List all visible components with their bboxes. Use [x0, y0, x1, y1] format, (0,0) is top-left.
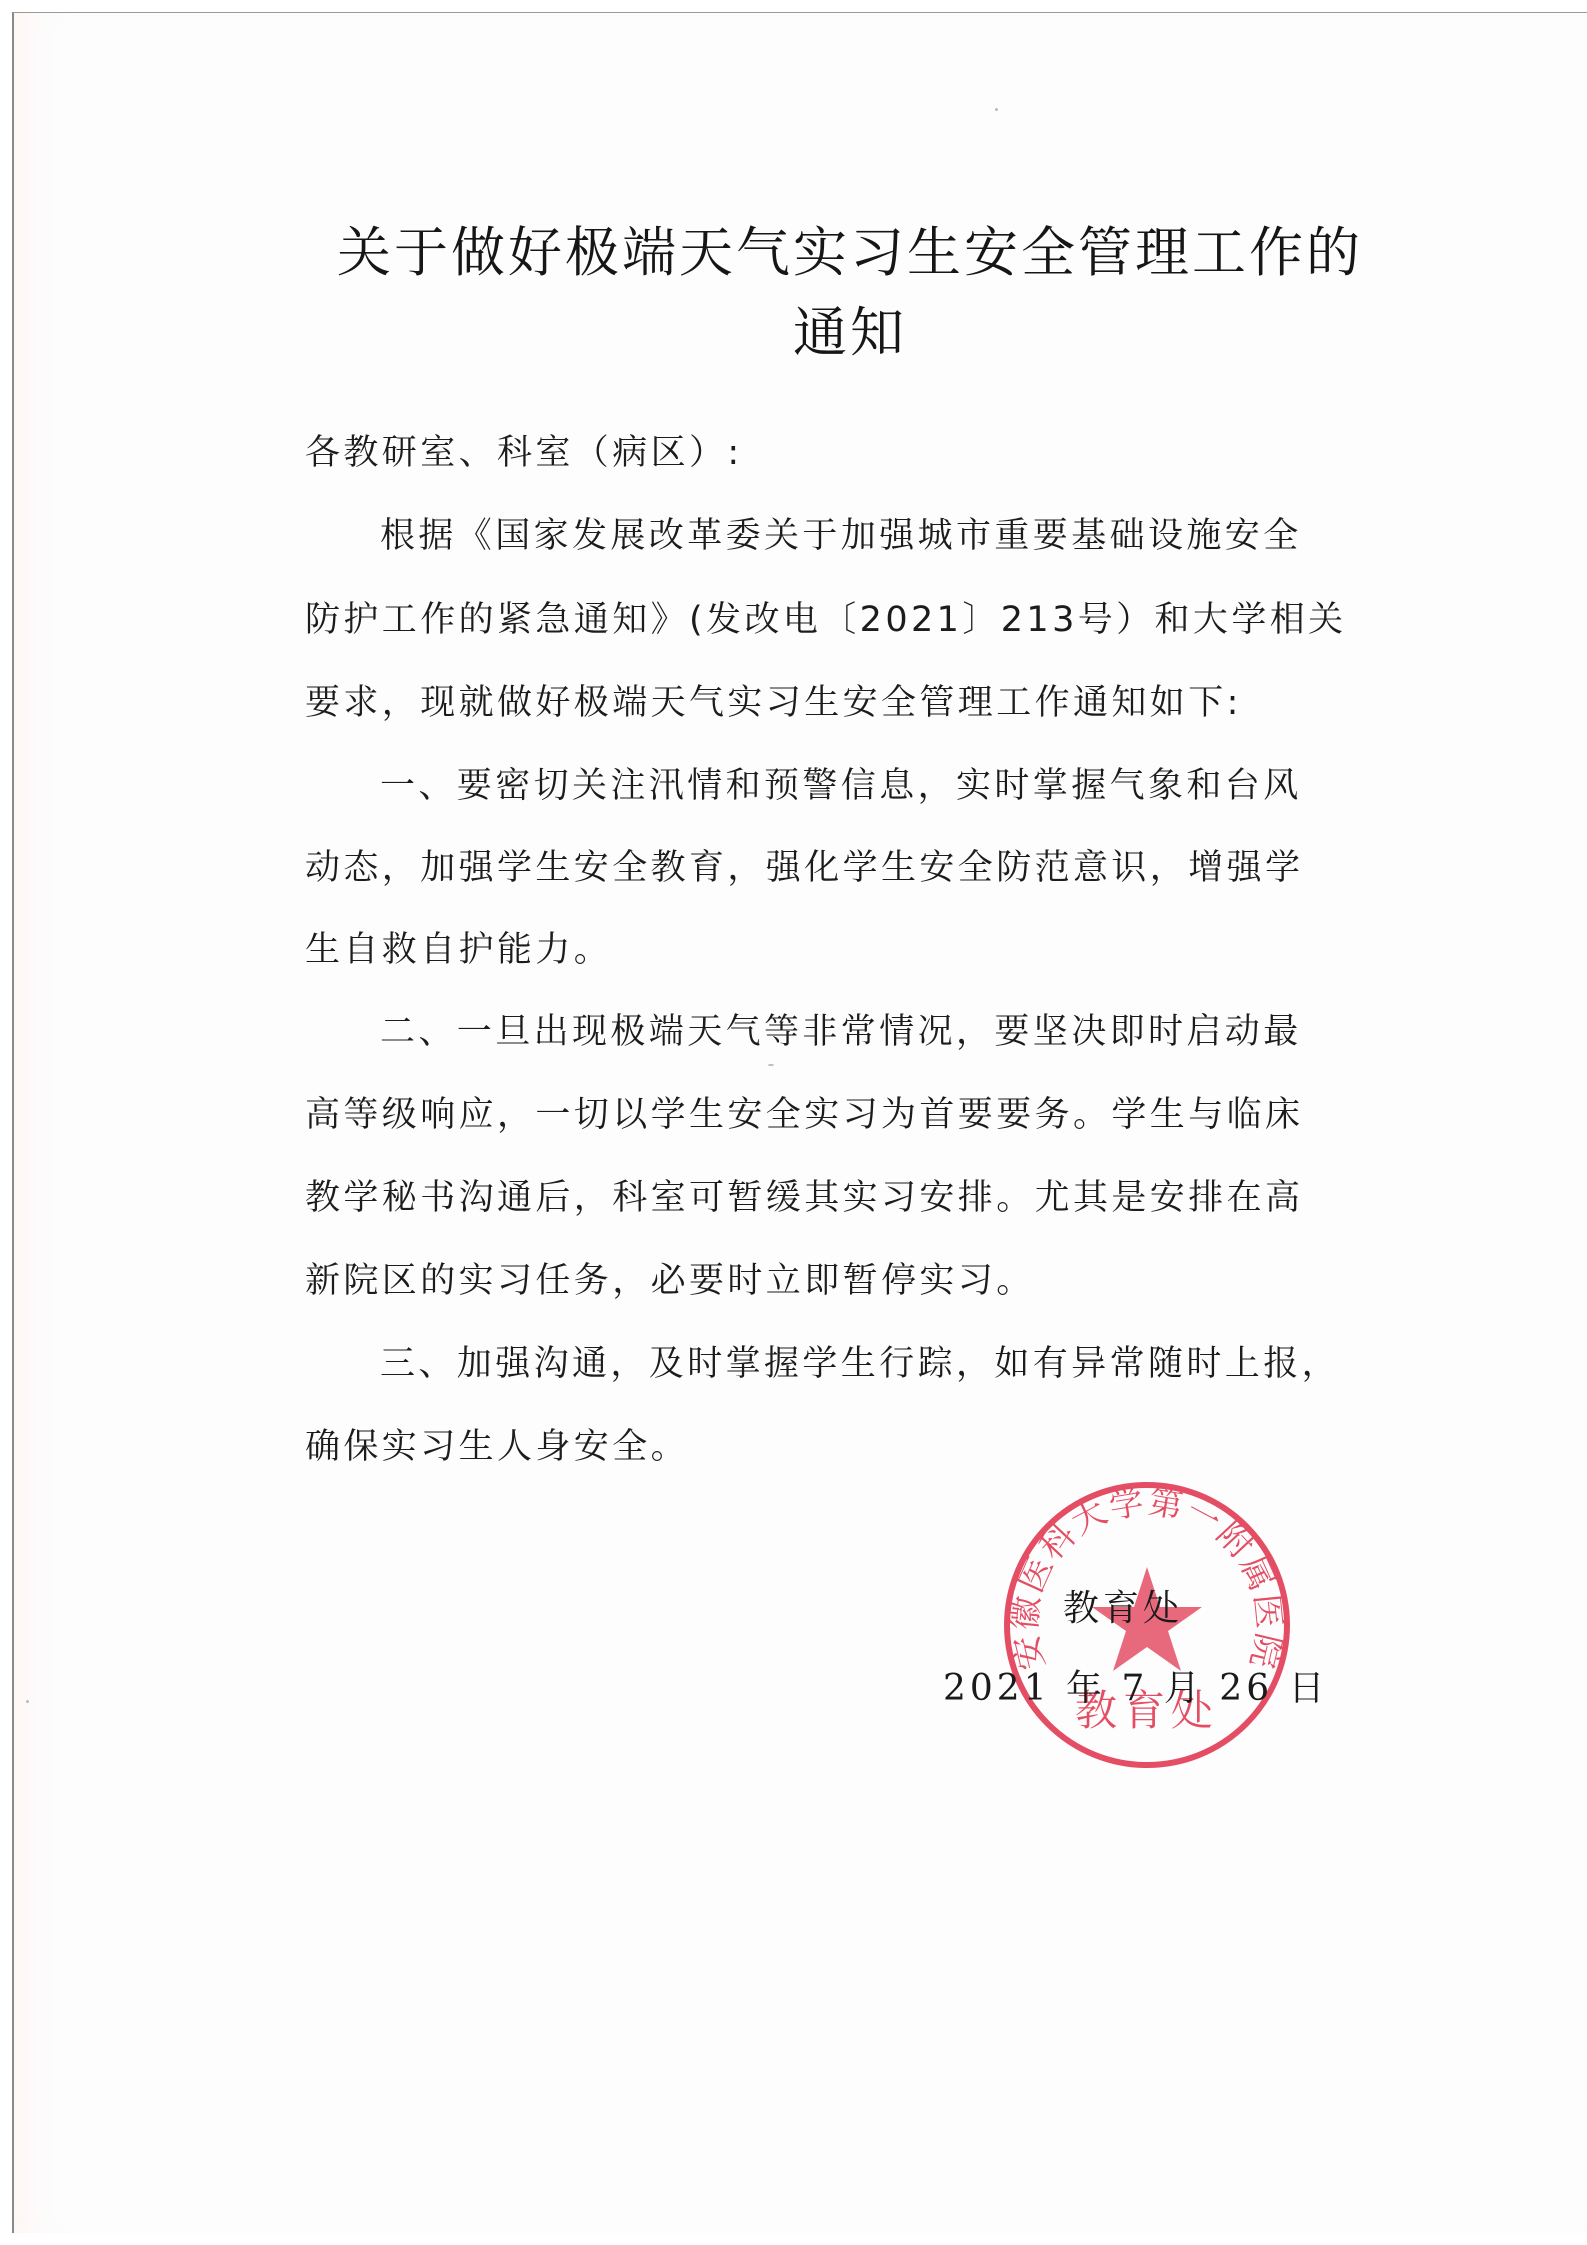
paragraph-4-line-1: 三、加强沟通，及时掌握学生行踪，如有异常随时上报，	[380, 1336, 1490, 1386]
paragraph-4-line-2: 确保实习生人身安全。	[305, 1419, 1415, 1469]
paragraph-3-line-2: 高等级响应，一切以学生安全实习为首要要务。学生与临床	[305, 1087, 1415, 1137]
paragraph-2-line-2: 动态，加强学生安全教育，强化学生安全防范意识，增强学	[305, 840, 1415, 890]
paragraph-1-line-2: 防护工作的紧急通知》(发改电〔2021〕213号）和大学相关	[305, 592, 1415, 642]
paragraph-3-line-4: 新院区的实习任务，必要时立即暂停实习。	[305, 1253, 1415, 1303]
paragraph-3-line-3: 教学秘书沟通后，科室可暂缓其实习安排。尤其是安排在高	[305, 1170, 1415, 1220]
scan-speck	[26, 1700, 29, 1703]
paragraph-1-line-3: 要求，现就做好极端天气实习生安全管理工作通知如下:	[305, 675, 1415, 725]
scan-speck	[768, 1064, 774, 1066]
paragraph-1-line-1: 根据《国家发展改革委关于加强城市重要基础设施安全	[380, 508, 1490, 558]
issuer-signature: 教育处	[1063, 1580, 1183, 1631]
document-title-line-1: 关于做好极端天气实习生安全管理工作的	[300, 210, 1400, 287]
issue-date: 2021 年 7 月 26 日	[943, 1660, 1329, 1711]
salutation: 各教研室、科室（病区）:	[305, 425, 1415, 475]
paragraph-2-line-3: 生自救自护能力。	[305, 922, 1415, 972]
document-title-line-2: 通知	[300, 290, 1400, 367]
paragraph-2-line-1: 一、要密切关注汛情和预警信息，实时掌握气象和台风	[380, 758, 1490, 808]
paragraph-3-line-1: 二、一旦出现极端天气等非常情况，要坚决即时启动最	[380, 1004, 1490, 1054]
scan-speck	[995, 108, 998, 111]
